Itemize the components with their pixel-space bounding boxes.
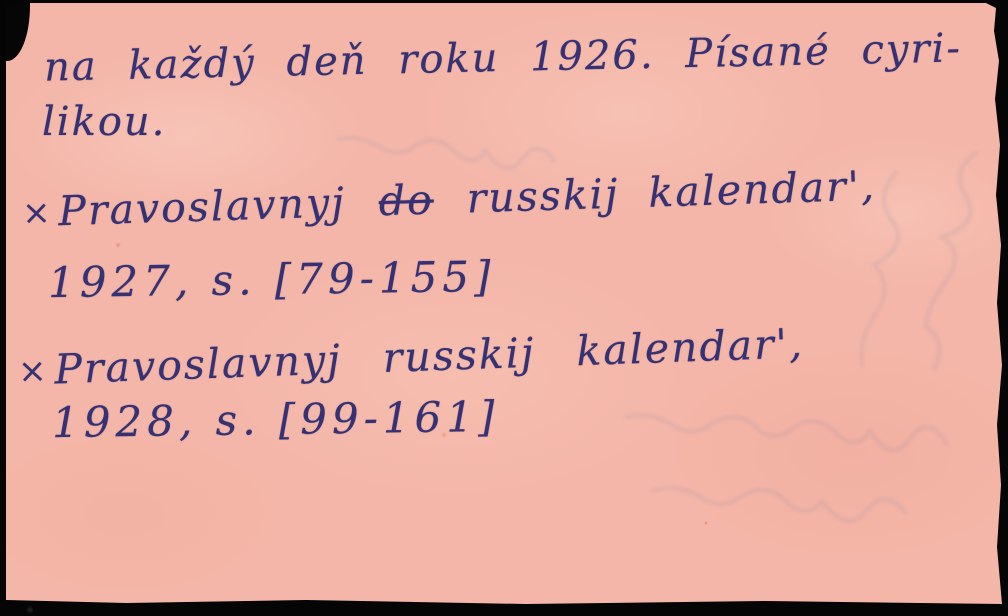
line-3-title-start: Pravoslavnyj [58,178,347,235]
handwritten-line-1: na každý deň roku 1926. Písané cyri- [44,25,963,90]
card-corner-damage [6,3,30,61]
entry-x-marker: × [18,351,50,391]
handwritten-line-6-pages-1928: 1928, s. [99-161] [52,392,500,447]
handwritten-line-4-pages-1927: 1927, s. [79-155] [48,252,496,307]
crossed-out-word: do [378,175,434,225]
handwritten-line-5: ×Pravoslavnyj russkij kalendar', [17,319,804,394]
line-3-title-end: russkij kalendar', [466,162,877,223]
handwritten-line-2: likou. [42,99,166,145]
ink-bleedthrough-ghost [526,383,966,563]
photo-background: na každý deň roku 1926. Písané cyri- lik… [0,0,1008,616]
entry-x-marker: × [22,192,53,232]
handwritten-line-3: ×Pravoslavnyj do russkij kalendar', [21,162,876,237]
index-card: na každý deň roku 1926. Písané cyri- lik… [6,3,1002,604]
line-5-title: Pravoslavnyj russkij kalendar', [54,319,805,393]
